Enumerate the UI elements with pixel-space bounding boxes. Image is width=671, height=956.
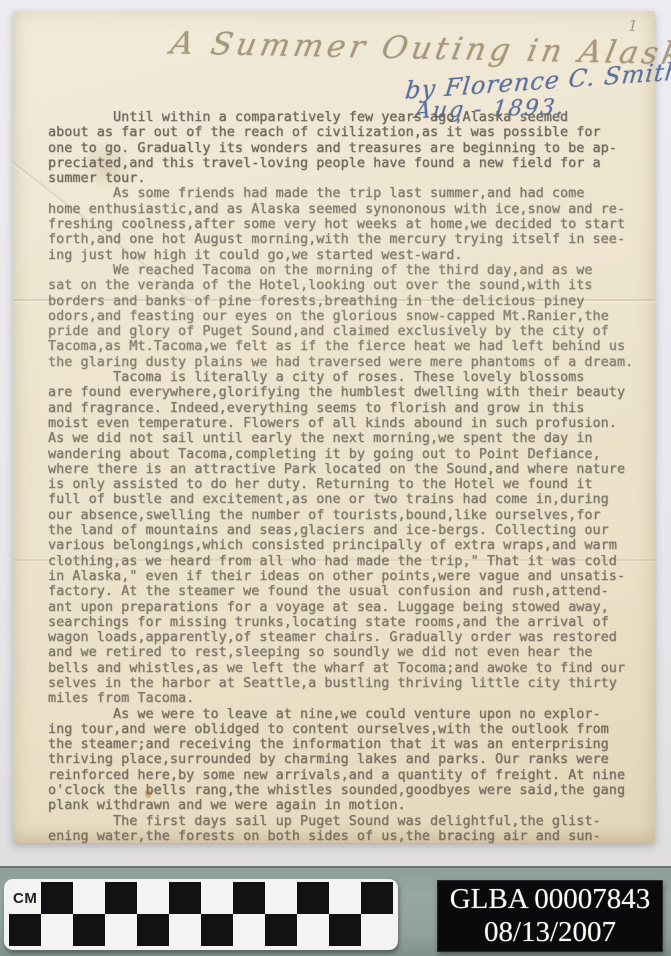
scale-cell [137, 914, 169, 946]
scale-cell [361, 914, 393, 946]
scale-cell [105, 914, 137, 946]
photo-backdrop: A Summer Outing in Alaska by Florence C.… [0, 0, 671, 956]
scale-cell [233, 882, 265, 914]
scale-cell [105, 882, 137, 914]
scale-cell [137, 882, 169, 914]
scale-cell [169, 882, 201, 914]
scale-cell [169, 914, 201, 946]
typescript-paragraph: Tacoma is literally a city of roses. The… [48, 370, 638, 707]
manuscript-paper: A Summer Outing in Alaska by Florence C.… [13, 11, 655, 843]
scale-cell [361, 882, 393, 914]
scale-cell [41, 914, 73, 946]
scale-cell [265, 882, 297, 914]
scale-cell [297, 882, 329, 914]
scale-cell [41, 882, 73, 914]
typescript-paragraph: Until within a comparatively few years a… [48, 110, 638, 186]
catalog-photo-date: 08/13/2007 [484, 916, 616, 949]
photo-table-background: CM [0, 866, 671, 956]
scale-cell [201, 882, 233, 914]
scale-bar-unit-label: CM [9, 882, 41, 914]
catalog-label: GLBA 00007843 08/13/2007 [437, 880, 663, 952]
scale-cell [329, 882, 361, 914]
pencil-page-number: 1 [626, 16, 639, 36]
scale-cell [233, 914, 265, 946]
scale-cell [329, 914, 361, 946]
scale-cell [265, 914, 297, 946]
catalog-accession-number: GLBA 00007843 [450, 883, 651, 916]
typescript-paragraph: As some friends had made the trip last s… [48, 186, 638, 262]
typescript-paragraph: The first days sail up Puget Sound was d… [48, 814, 638, 845]
scale-cell [9, 914, 41, 946]
typescript-paragraph: We reached Tacoma on the morning of the … [48, 263, 638, 370]
scale-cell [297, 914, 329, 946]
scale-bar: CM [4, 879, 398, 950]
scale-cell [73, 882, 105, 914]
scale-cell [201, 914, 233, 946]
typescript-paragraph: As we were to leave at nine,we could ven… [48, 707, 638, 814]
typescript-body: Until within a comparatively few years a… [48, 110, 638, 844]
scale-bar-checkerboard: CM [9, 882, 393, 946]
scale-cell [73, 914, 105, 946]
